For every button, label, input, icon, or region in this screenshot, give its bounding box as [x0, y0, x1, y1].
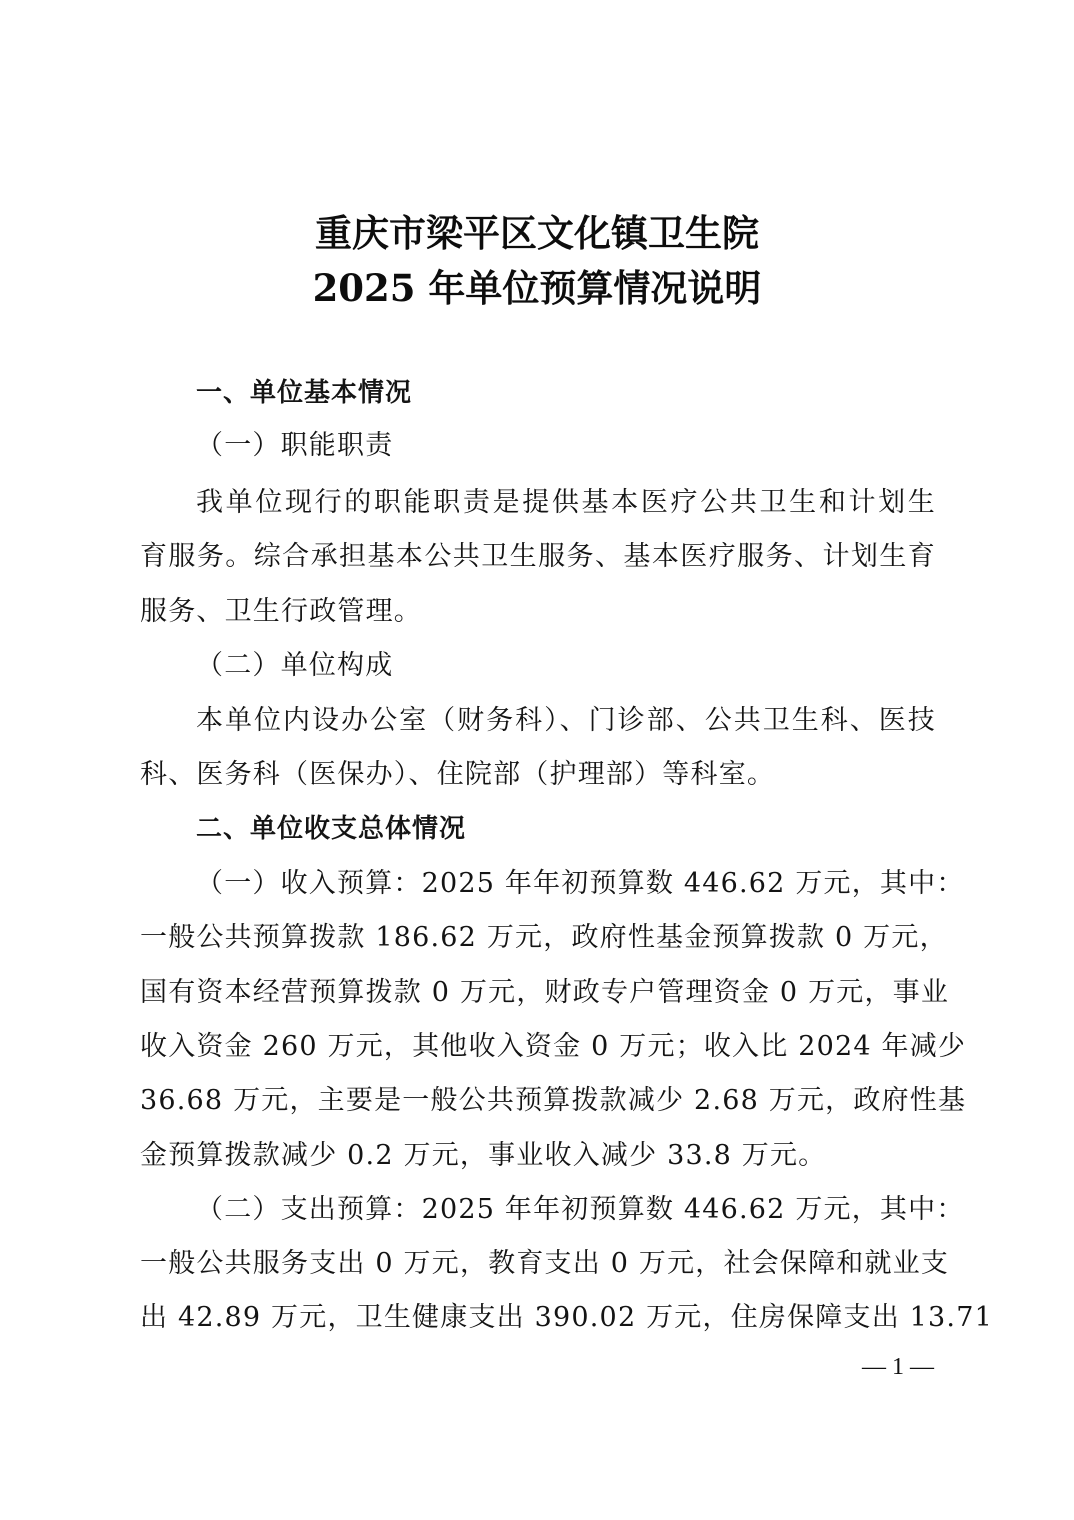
paragraph-line: 本单位内设办公室（财务科）、门诊部、公共卫生科、医技: [196, 703, 936, 739]
paragraph-line: 育服务。综合承担基本公共卫生服务、基本医疗服务、计划生育: [140, 539, 936, 575]
page-number: — 1 —: [862, 1354, 934, 1381]
paragraph-line: 国有资本经营预算拨款 0 万元，财政专户管理资金 0 万元，事业: [140, 975, 936, 1011]
paragraph-line: 一般公共预算拨款 186.62 万元，政府性基金预算拨款 0 万元，: [140, 920, 936, 956]
paragraph-line: （二）支出预算：2025 年年初预算数 446.62 万元，其中：: [196, 1192, 936, 1228]
paragraph-line: 金预算拨款减少 0.2 万元，事业收入减少 33.8 万元。: [140, 1138, 940, 1174]
paragraph-line: 服务、卫生行政管理。: [140, 594, 940, 630]
section-heading-1: 一、单位基本情况: [196, 375, 996, 411]
paragraph-line: 科、医务科（医保办）、住院部（护理部）等科室。: [140, 757, 940, 793]
paragraph-line: 一般公共服务支出 0 万元，教育支出 0 万元，社会保障和就业支: [140, 1246, 936, 1282]
document-title-line2: 2025 年单位预算情况说明: [0, 258, 1074, 312]
subsection-heading-1-2: （二）单位构成: [196, 648, 996, 684]
paragraph-line: （一）收入预算：2025 年年初预算数 446.62 万元，其中：: [196, 866, 936, 902]
document-title-line1: 重庆市梁平区文化镇卫生院: [0, 203, 1074, 257]
paragraph-line: 我单位现行的职能职责是提供基本医疗公共卫生和计划生: [196, 485, 936, 521]
document-page: 重庆市梁平区文化镇卫生院 2025 年单位预算情况说明 一、单位基本情况 （一）…: [0, 0, 1074, 1520]
paragraph-line: 收入资金 260 万元，其他收入资金 0 万元；收入比 2024 年减少: [140, 1029, 936, 1065]
paragraph-line: 出 42.89 万元，卫生健康支出 390.02 万元，住房保障支出 13.71: [140, 1300, 936, 1336]
section-heading-2: 二、单位收支总体情况: [196, 811, 996, 847]
paragraph-line: 36.68 万元，主要是一般公共预算拨款减少 2.68 万元，政府性基: [140, 1083, 936, 1119]
subsection-heading-1-1: （一）职能职责: [196, 428, 996, 464]
